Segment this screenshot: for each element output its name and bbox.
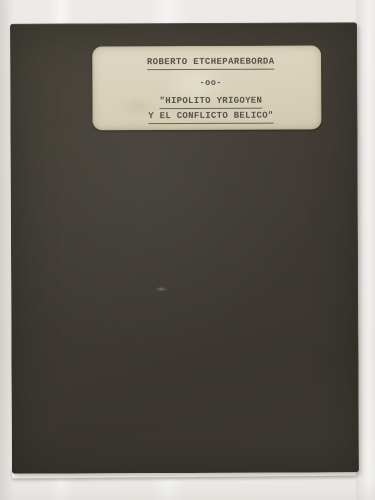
label-title-row-2: Y EL CONFLICTO BELICO" — [100, 110, 321, 124]
author-name: ROBERTO ETCHEPAREBORDA — [147, 57, 275, 71]
label-separator-row: -oo- — [100, 77, 321, 89]
title-line-2: Y EL CONFLICTO BELICO" — [148, 111, 273, 125]
backdrop-crease — [356, 0, 375, 500]
cover-scratch — [153, 286, 169, 292]
book-cover: ROBERTO ETCHEPAREBORDA -oo- "HIPOLITO YR… — [10, 22, 359, 474]
backdrop-shadow-bottom — [0, 478, 375, 500]
label-author-row: ROBERTO ETCHEPAREBORDA — [100, 56, 321, 70]
label-title-row-1: "HIPOLITO YRIGOYEN — [100, 95, 321, 109]
photo-backdrop: ROBERTO ETCHEPAREBORDA -oo- "HIPOLITO YR… — [0, 0, 375, 500]
separator-mark: -oo- — [200, 78, 222, 88]
title-line-1: "HIPOLITO YRIGOYEN — [160, 96, 263, 109]
cover-label: ROBERTO ETCHEPAREBORDA -oo- "HIPOLITO YR… — [92, 45, 321, 130]
